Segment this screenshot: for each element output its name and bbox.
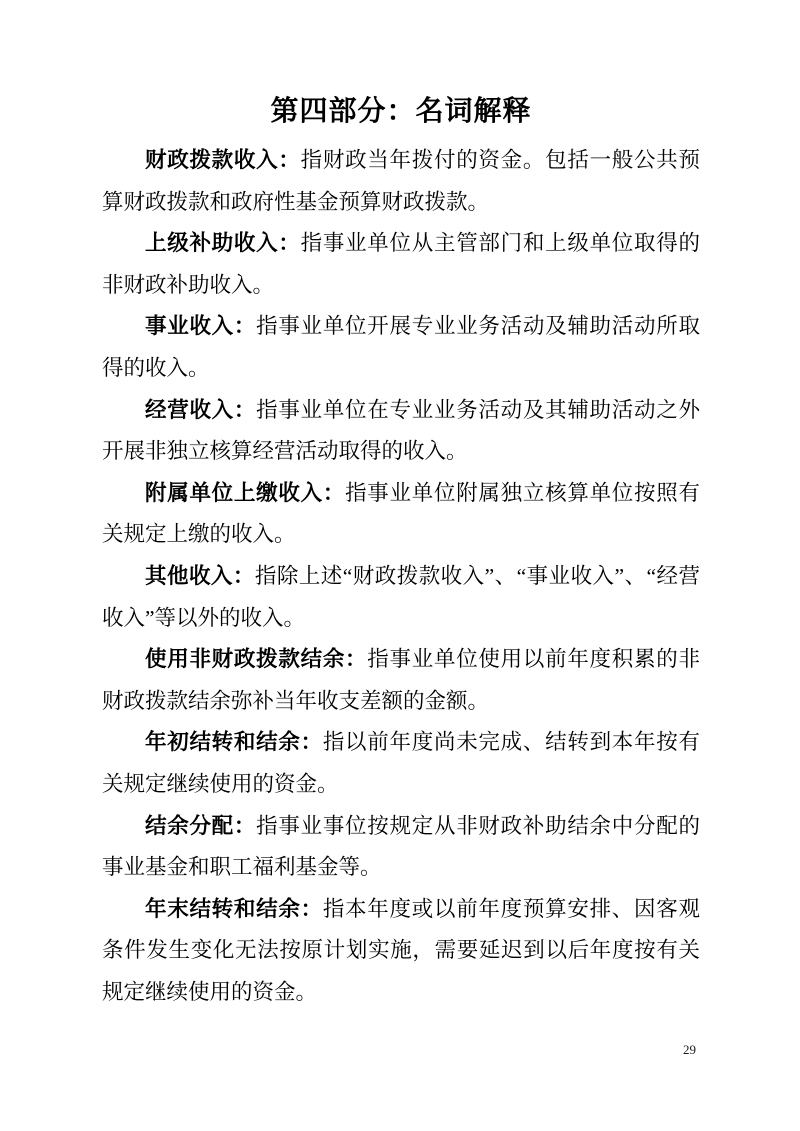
definition-paragraph: 使用非财政拨款结余：指事业单位使用以前年度积累的非财政拨款结余弥补当年收支差额的… — [102, 639, 700, 722]
term-label: 经营收入： — [145, 398, 256, 422]
page-title: 第四部分：名词解释 — [102, 92, 700, 132]
definition-paragraph: 年初结转和结余：指以前年度尚未完成、结转到本年按有关规定继续使用的资金。 — [102, 722, 700, 805]
term-label: 事业收入： — [145, 314, 256, 338]
term-label: 年初结转和结余： — [145, 730, 323, 754]
page-number: 29 — [683, 1042, 696, 1058]
term-label: 上级补助收入： — [145, 231, 301, 255]
definition-paragraph: 附属单位上缴收入：指事业单位附属独立核算单位按照有关规定上缴的收入。 — [102, 473, 700, 556]
definition-paragraph: 其他收入：指除上述“财政拨款收入”、“事业收入”、“经营收入”等以外的收入。 — [102, 556, 700, 639]
definition-paragraph: 财政拨款收入：指财政当年拨付的资金。包括一般公共预算财政拨款和政府性基金预算财政… — [102, 140, 700, 223]
definition-paragraph: 经营收入：指事业单位在专业业务活动及其辅助活动之外开展非独立核算经营活动取得的收… — [102, 390, 700, 473]
document-content: 第四部分：名词解释 财政拨款收入：指财政当年拨付的资金。包括一般公共预算财政拨款… — [0, 0, 800, 1013]
document-page: 第四部分：名词解释 财政拨款收入：指财政当年拨付的资金。包括一般公共预算财政拨款… — [0, 0, 800, 1131]
definition-paragraph: 上级补助收入：指事业单位从主管部门和上级单位取得的非财政补助收入。 — [102, 223, 700, 306]
term-label: 附属单位上缴收入： — [145, 481, 345, 505]
term-label: 年末结转和结余： — [145, 897, 323, 921]
definition-paragraph: 事业收入：指事业单位开展专业业务活动及辅助活动所取得的收入。 — [102, 306, 700, 389]
term-label: 财政拨款收入： — [145, 148, 301, 172]
term-label: 使用非财政拨款结余： — [145, 647, 367, 671]
definition-paragraph: 结余分配：指事业事位按规定从非财政补助结余中分配的事业基金和职工福利基金等。 — [102, 806, 700, 889]
term-label: 结余分配： — [145, 814, 256, 838]
definition-paragraph: 年末结转和结余：指本年度或以前年度预算安排、因客观条件发生变化无法按原计划实施，… — [102, 889, 700, 1014]
term-label: 其他收入： — [145, 564, 255, 588]
